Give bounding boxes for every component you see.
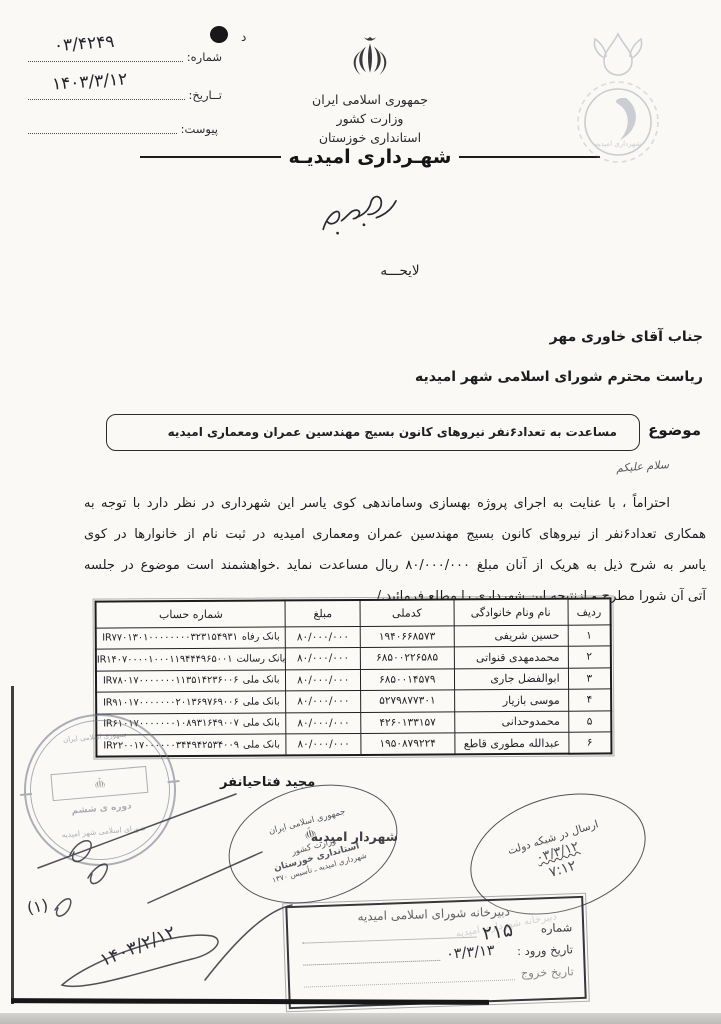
- org-line-ministry: وزارت کشور: [250, 109, 490, 128]
- beneficiaries-table: ردیف نام ونام خانوادگی کدملی مبلغ شماره …: [95, 597, 613, 757]
- cell-account: بانک رسالتIR۱۴۰۷۰۰۰۰۱۰۰۰۱۱۹۴۴۴۹۶۵۰۰۱: [96, 648, 286, 671]
- col-header-national-id: کدملی: [360, 599, 454, 626]
- cell-account: بانک رفاهIR۷۷۰۱۳۰۱۰۰۰۰۰۰۰۰۳۲۳۱۵۴۹۳۱: [96, 626, 286, 649]
- scan-edge-line: [11, 686, 14, 1004]
- bank-name: بانک ملی: [243, 675, 280, 686]
- scanned-letter-page: د شماره: ۰۳/۴۲۴۹ تــاریخ: ۱۴۰۳/۳/۱۲ پیوس…: [0, 0, 721, 1024]
- bank-name: بانک رسالت: [236, 653, 285, 664]
- date-label: تــاریخ:: [189, 88, 223, 102]
- bismillah-handwriting-icon: [314, 184, 408, 244]
- bank-name: بانک ملی: [243, 718, 280, 729]
- cell-national-id: ۴۲۶۰۱۳۳۱۵۷: [361, 711, 455, 733]
- cell-amount: ۸۰/۰۰۰/۰۰۰: [286, 690, 361, 712]
- bank-name: بانک ملی: [243, 696, 280, 707]
- dotted-line: [304, 964, 515, 987]
- secretariat-stamp: دبیرخانه شورای اسلامی امیدیه شماره ۲۱۵ ت…: [285, 896, 586, 1009]
- table-row: ۲ محمدمهدی قنواتی ۶۸۵۰۰۲۲۶۵۸۵ ۸۰/۰۰۰/۰۰۰…: [96, 646, 611, 671]
- entry-date-label: تاریخ ورود :: [517, 938, 574, 962]
- divider-line: [140, 156, 281, 158]
- cell-amount: ۸۰/۰۰۰/۰۰۰: [286, 733, 361, 755]
- iban-number: IR۱۴۰۷۰۰۰۰۱۰۰۰۱۱۹۴۴۴۹۶۵۰۰۱: [97, 653, 233, 665]
- subject-text: مساعدت به تعداد۶نفر نیروهای کانون بسیج م…: [107, 415, 639, 450]
- municipality-title-row: شهـرداری امیدیـه: [140, 146, 600, 168]
- cell-national-id: ۵۲۷۹۸۷۷۳۰۱: [361, 690, 455, 712]
- cell-row-no: ۳: [568, 667, 611, 689]
- addressee-name: جناب آقای خاوری مهر: [550, 329, 703, 345]
- table-row: ۶ عبدالله مطوری قاطع ۱۹۵۰۸۷۹۲۲۴ ۸۰/۰۰۰/۰…: [96, 732, 611, 757]
- subject-box: مساعدت به تعداد۶نفر نیروهای کانون بسیج م…: [106, 414, 640, 451]
- cell-account: بانک ملیIR۹۱۰۱۷۰۰۰۰۰۰۰۲۰۱۳۶۹۷۶۹۰۰۶: [96, 691, 286, 714]
- ref-number-label: شماره:: [187, 50, 222, 64]
- table-row: ۱ حسین شریفی ۱۹۴۰۶۶۸۵۷۳ ۸۰/۰۰۰/۰۰۰ بانک …: [96, 624, 611, 649]
- number-label: شماره: [540, 916, 572, 939]
- dotted-line: [28, 118, 177, 134]
- doc-type-label: لایحـــه: [352, 263, 448, 279]
- cell-name: محمدوحدانی: [454, 711, 568, 733]
- org-line-province: استانداری خوزستان: [250, 128, 490, 147]
- col-header-row-no: ردیف: [568, 598, 611, 624]
- entry-date-value-handwritten: ۰۳/۳/۱۳: [446, 940, 496, 966]
- bank-name: بانک رفاه: [242, 632, 280, 643]
- cell-amount: ۸۰/۰۰۰/۰۰۰: [286, 647, 361, 669]
- corner-letter-mark: د: [241, 30, 246, 44]
- salutation-handwriting: سلام علیکم: [616, 458, 670, 475]
- org-line-country: جمهوری اسلامی ایران: [250, 90, 490, 109]
- national-emblem-icon: [250, 28, 490, 90]
- cell-amount: ۸۰/۰۰۰/۰۰۰: [286, 626, 361, 648]
- cell-row-no: ۴: [568, 689, 611, 711]
- table-row: ۵ محمدوحدانی ۴۲۶۰۱۳۳۱۵۷ ۸۰/۰۰۰/۰۰۰ بانک …: [96, 710, 611, 735]
- paren-mark-handwritten: (۱): [26, 895, 50, 917]
- cell-row-no: ۵: [568, 710, 611, 732]
- body-line: احتراماً ، با عنایت به اجرای پروژه بهساز…: [84, 488, 706, 519]
- col-header-amount: مبلغ: [286, 600, 361, 626]
- cell-name: محمدمهدی قنواتی: [454, 646, 568, 668]
- punch-hole-dot: [210, 26, 228, 43]
- attachment-label: پیوست:: [181, 122, 218, 136]
- cell-row-no: ۱: [568, 624, 611, 646]
- bank-name: بانک ملی: [243, 739, 280, 750]
- cell-row-no: ۶: [568, 732, 611, 754]
- letterhead-center: جمهوری اسلامی ایران وزارت کشور استانداری…: [250, 28, 490, 147]
- municipality-title: شهـرداری امیدیـه: [289, 146, 452, 168]
- cell-national-id: ۱۹۵۰۸۷۹۲۲۴: [361, 733, 455, 755]
- iban-number: IR۷۸۰۱۷۰۰۰۰۰۰۰۱۱۳۵۱۴۲۳۶۰۰۶: [103, 675, 239, 687]
- attachment-row: پیوست:: [26, 118, 218, 136]
- cell-row-no: ۲: [568, 646, 611, 668]
- iban-number: IR۷۷۰۱۳۰۱۰۰۰۰۰۰۰۰۳۲۳۱۵۴۹۳۱: [102, 632, 238, 644]
- municipality-logo-icon: شهرداری امیدیه: [566, 28, 670, 168]
- subject-label: موضوع: [648, 421, 701, 439]
- cell-name: موسی بازیار: [454, 689, 568, 711]
- table-header-row: ردیف نام ونام خانوادگی کدملی مبلغ شماره …: [96, 598, 611, 627]
- dotted-line: [303, 945, 441, 966]
- exit-date-label: تاریخ خروج: [520, 960, 574, 984]
- body-line: همکاری تعداد۶نفر از نیروهای کانون بسیج م…: [84, 519, 706, 550]
- cell-national-id: ۱۹۴۰۶۶۸۵۷۳: [360, 625, 454, 647]
- cell-national-id: ۶۸۵۰۰۲۲۶۵۸۵: [360, 647, 454, 669]
- cell-name: حسین شریفی: [454, 625, 568, 647]
- cell-name: ابوالفضل جاری: [454, 668, 568, 690]
- table-row: ۴ موسی بازیار ۵۲۷۹۸۷۷۳۰۱ ۸۰/۰۰۰/۰۰۰ بانک…: [96, 689, 611, 714]
- cell-account: بانک ملیIR۷۸۰۱۷۰۰۰۰۰۰۰۱۱۳۵۱۴۲۳۶۰۰۶: [96, 669, 286, 692]
- body-line: یاسر به شرح ذیل به هریک از آنان مبلغ ۸۰/…: [84, 550, 706, 581]
- ref-number-value-handwritten: ۰۳/۴۲۴۹: [53, 32, 115, 56]
- col-header-name: نام ونام خانوادگی: [454, 599, 568, 626]
- body-paragraph: احتراماً ، با عنایت به اجرای پروژه بهساز…: [84, 488, 706, 612]
- cell-amount: ۸۰/۰۰۰/۰۰۰: [286, 669, 361, 691]
- cell-national-id: ۶۸۵۰۰۱۴۵۷۹: [360, 668, 454, 690]
- scan-bottom-band: [0, 1013, 721, 1024]
- iban-number: IR۹۱۰۱۷۰۰۰۰۰۰۰۲۰۱۳۶۹۷۶۹۰۰۶: [103, 696, 239, 708]
- cell-name: عبدالله مطوری قاطع: [454, 732, 568, 754]
- col-header-account: شماره حساب: [96, 600, 286, 627]
- table-row: ۳ ابوالفضل جاری ۶۸۵۰۰۱۴۵۷۹ ۸۰/۰۰۰/۰۰۰ با…: [96, 667, 611, 692]
- dotted-line: [302, 922, 476, 944]
- cell-amount: ۸۰/۰۰۰/۰۰۰: [286, 712, 361, 734]
- addressee-title: ریاست محترم شورای اسلامی شهر امیدیه: [415, 369, 703, 385]
- logo-caption: شهرداری امیدیه: [595, 140, 641, 148]
